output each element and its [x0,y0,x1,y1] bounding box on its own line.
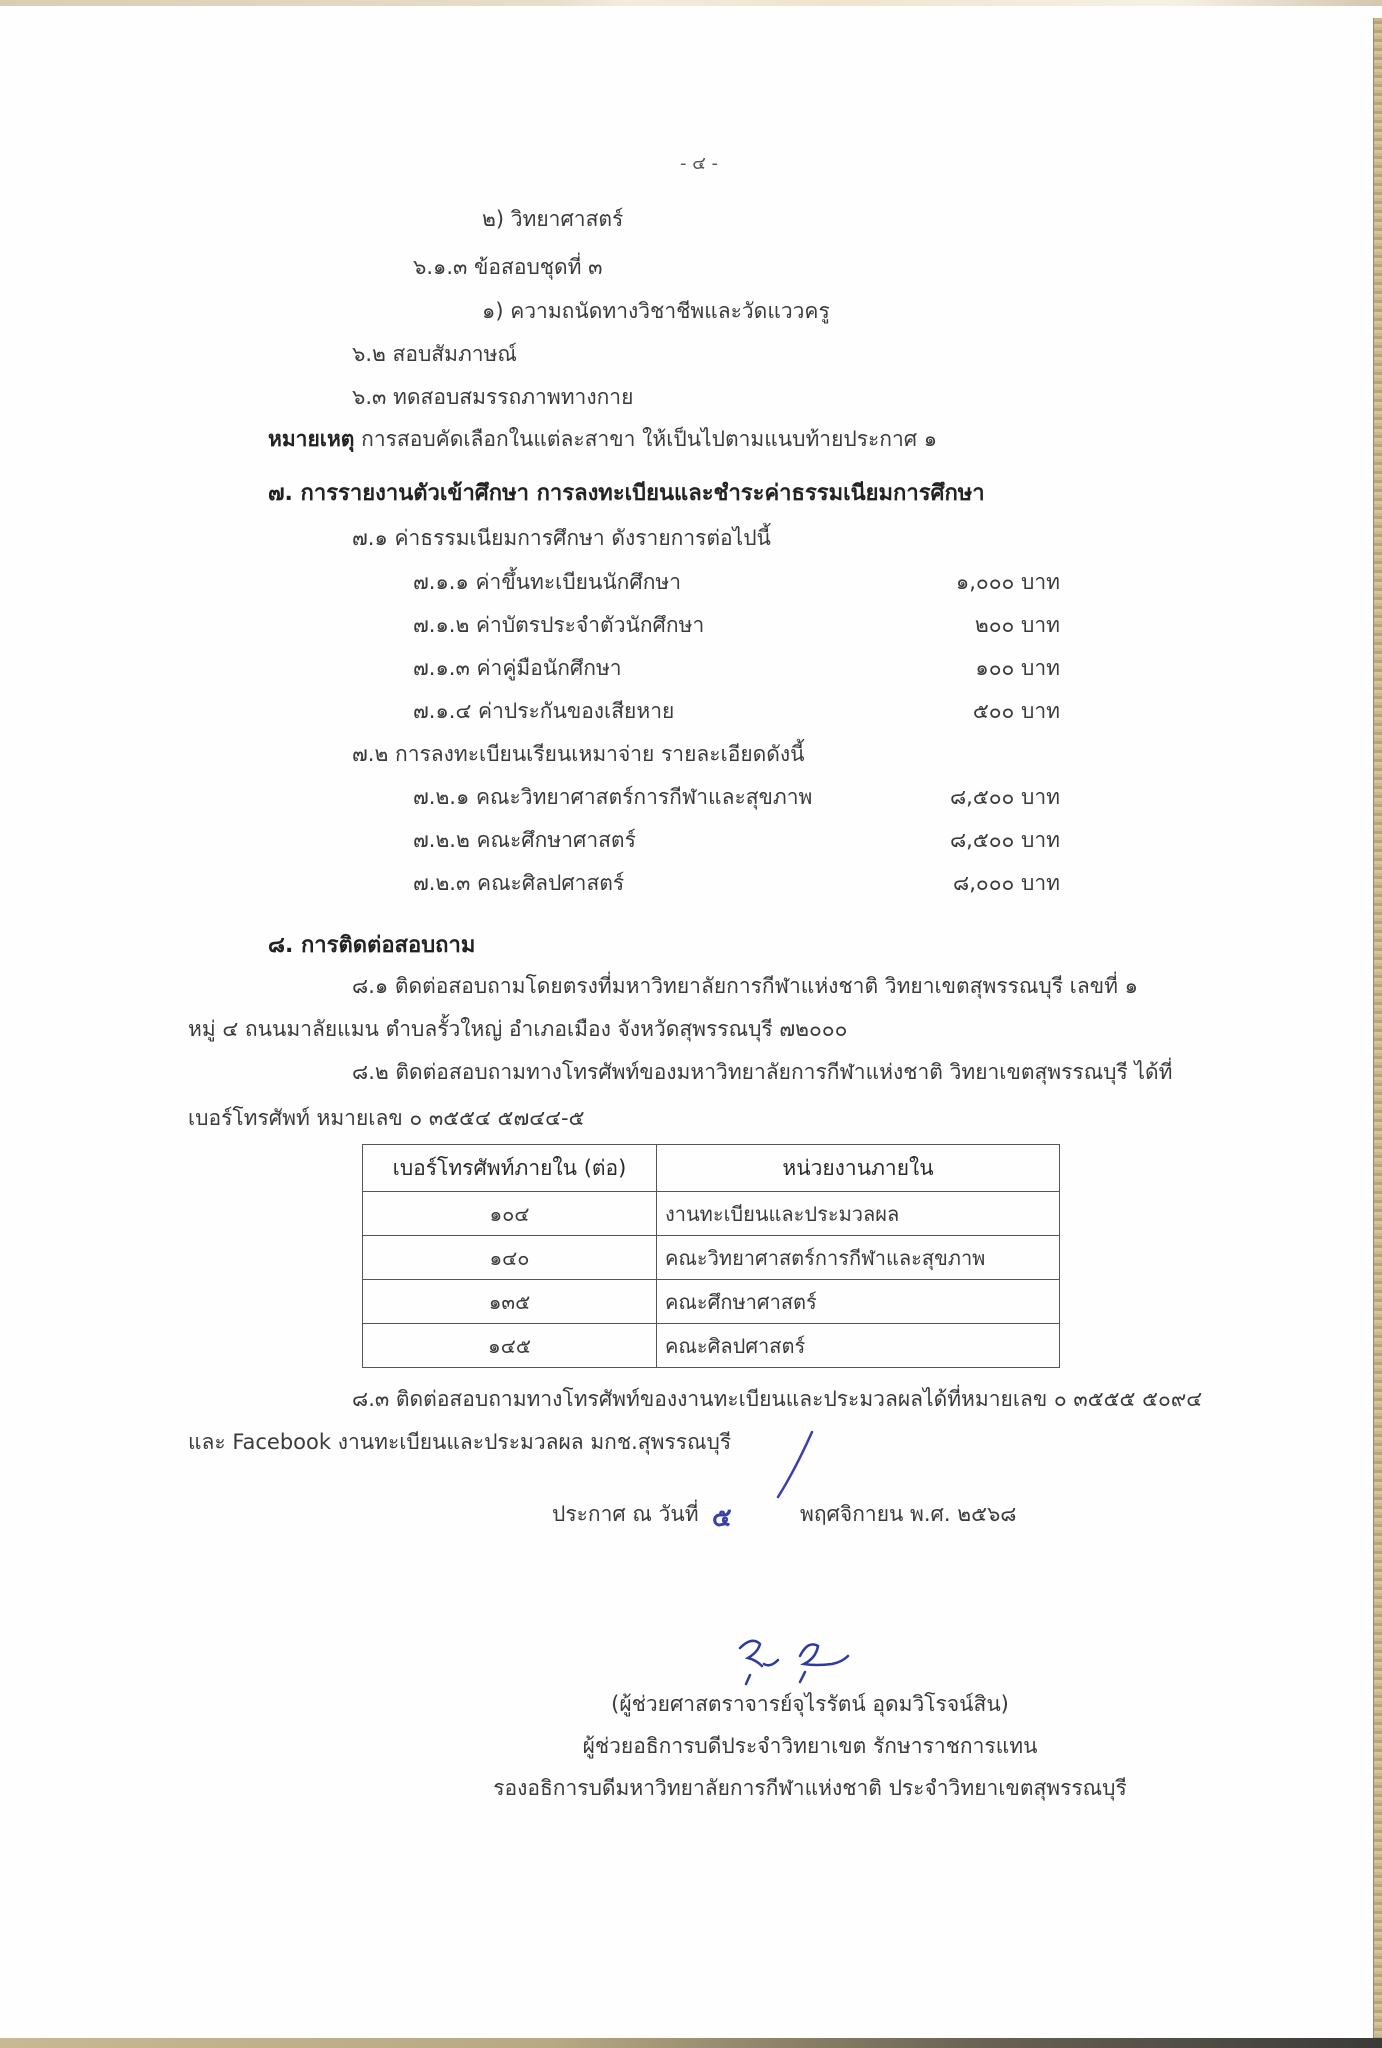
signatory-name: (ผู้ช่วยศาสตราจารย์จุไรรัตน์ อุดมวิโรจน์… [560,1690,1060,1718]
signatory-position-1: ผู้ช่วยอธิการบดีประจำวิทยาเขต รักษาราชกา… [520,1732,1100,1760]
signatory-position-2: รองอธิการบดีมหาวิทยาลัยการกีฬาแห่งชาติ ป… [440,1774,1180,1802]
signature-icon [740,1641,848,1684]
pen-stroke-mark [778,1432,812,1497]
